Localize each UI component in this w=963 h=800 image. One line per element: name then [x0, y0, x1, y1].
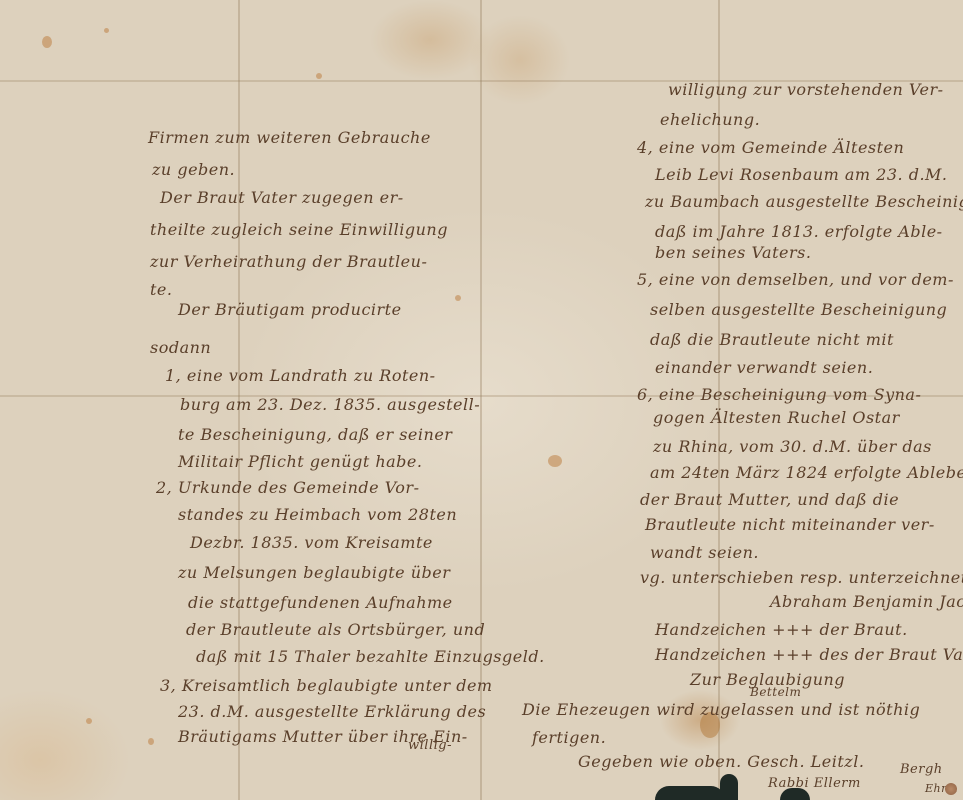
text-line: zu Rhina, vom 30. d.M. über das — [653, 437, 932, 456]
text-line: fertigen. — [532, 728, 606, 747]
signature-line: Handzeichen +++ der Braut. — [655, 620, 908, 639]
text-line: daß mit 15 Thaler bezahlte Einzugsgeld. — [196, 647, 545, 666]
text-line: gogen Ältesten Ruchel Ostar — [653, 408, 900, 427]
text-line: theilte zugleich seine Einwilligung — [150, 220, 448, 239]
text-line: Firmen zum weiteren Gebrauche — [148, 128, 431, 147]
stain — [104, 28, 109, 33]
text-line: 5, eine von demselben, und vor dem- — [637, 270, 954, 289]
paper-damage — [720, 774, 738, 800]
text-line: standes zu Heimbach vom 28ten — [178, 505, 457, 524]
stain — [148, 738, 154, 745]
text-line: daß im Jahre 1813. erfolgte Able- — [655, 222, 943, 241]
stain — [42, 36, 52, 48]
stain — [316, 73, 322, 79]
text-line: zur Verheirathung der Brautleu- — [150, 252, 427, 271]
text-line: wandt seien. — [650, 543, 759, 562]
text-line: daß die Brautleute nicht mit — [650, 330, 894, 349]
stain — [86, 718, 92, 724]
paper-damage — [655, 786, 725, 800]
text-line: sodann — [150, 338, 211, 357]
text-line: te Bescheinigung, daß er seiner — [178, 425, 452, 444]
text-line: Dezbr. 1835. vom Kreisamte — [190, 533, 433, 552]
stain — [548, 455, 562, 467]
text-line: der Brautleute als Ortsbürger, und — [186, 620, 485, 639]
text-line: der Braut Mutter, und daß die — [640, 490, 899, 509]
signature-line: Bettelm — [750, 685, 801, 699]
text-line: willig- — [408, 738, 452, 753]
text-line: Gegeben wie oben. Gesch. Leitzl. — [578, 752, 864, 771]
signature-line: Bergh — [900, 762, 943, 777]
text-line: 3, Kreisamtlich beglaubigte unter dem — [160, 676, 493, 695]
text-line: burg am 23. Dez. 1835. ausgestell- — [180, 395, 480, 414]
text-line: te. — [150, 280, 172, 299]
text-line: 1, eine vom Landrath zu Roten- — [165, 366, 436, 385]
text-line: ben seines Vaters. — [655, 243, 811, 262]
text-line: 2, Urkunde des Gemeinde Vor- — [156, 478, 419, 497]
text-line: 4, eine vom Gemeinde Ältesten — [637, 138, 904, 157]
text-line: einander verwandt seien. — [655, 358, 873, 377]
text-line: Die Ehezeugen wird zugelassen und ist nö… — [522, 700, 920, 719]
document-scan: Firmen zum weiteren Gebrauche zu geben. … — [0, 0, 963, 800]
text-line: zu Melsungen beglaubigte über — [178, 563, 450, 582]
text-line: 23. d.M. ausgestellte Erklärung des — [178, 702, 486, 721]
paper-damage — [780, 788, 810, 800]
text-line: zu Baumbach ausgestellte Bescheinigung — [645, 192, 963, 211]
text-line: Der Braut Vater zugegen er- — [160, 188, 404, 207]
text-line: Leib Levi Rosenbaum am 23. d.M. — [655, 165, 948, 184]
text-line: ehelichung. — [660, 110, 760, 129]
text-line: Brautleute nicht miteinander ver- — [645, 515, 935, 534]
wax-seal-mark — [945, 783, 957, 795]
signature-line: Rabbi Ellerm — [768, 776, 861, 791]
text-line: die stattgefundenen Aufnahme — [188, 593, 453, 612]
text-line: vg. unterschieben resp. unterzeichnet — [640, 568, 963, 587]
text-line: am 24ten März 1824 erfolgte Ableben — [650, 463, 963, 482]
text-line: Der Bräutigam producirte — [178, 300, 402, 319]
text-line: willigung zur vorstehenden Ver- — [668, 80, 944, 99]
text-line: zu geben. — [152, 160, 235, 179]
text-line: Militair Pflicht genügt habe. — [178, 452, 422, 471]
text-line: 6, eine Bescheinigung vom Syna- — [637, 385, 921, 404]
signature-line: Abraham Benjamin Jacobs — [770, 592, 963, 611]
text-line: selben ausgestellte Bescheinigung — [650, 300, 947, 319]
stain — [455, 295, 461, 301]
signature-line: Handzeichen +++ des der Braut Vaters. — [655, 645, 963, 664]
